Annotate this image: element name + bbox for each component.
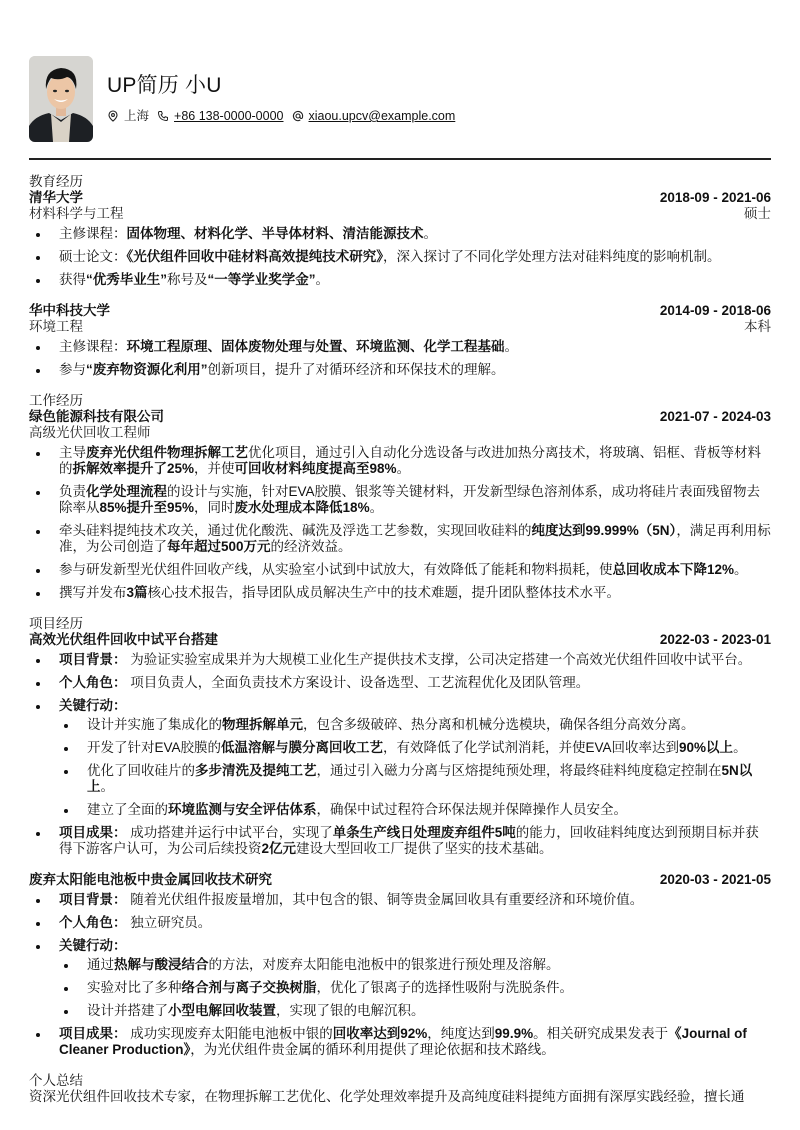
- list-item: 硕士论文：《光伏组件回收中硅材料高效提纯技术研究》，深入探讨了不同化学处理方法对…: [59, 249, 771, 265]
- list-item: 获得“优秀毕业生”称号及“一等学业奖学金”。: [59, 272, 771, 288]
- list-item: 项目成果： 成功搭建并运行中试平台，实现了单条生产线日处理废弃组件5吨的能力，回…: [59, 825, 771, 857]
- list-item: 通过热解与酸浸结合的方法，对废弃太阳能电池板中的银浆进行预处理及溶解。: [87, 957, 771, 973]
- list-item: 开发了针对EVA胶膜的低温溶解与膜分离回收工艺，有效降低了化学试剂消耗，并使EV…: [87, 740, 771, 756]
- work-section: 工作经历 绿色能源科技有限公司 2021-07 - 2024-03 高级光伏回收…: [29, 393, 771, 601]
- education-entry: 清华大学 2018-09 - 2021-06 材料科学与工程 硕士 主修课程：固…: [29, 190, 771, 288]
- list-item: 实验对比了多种络合剂与离子交换树脂，优化了银离子的选择性吸附与洗脱条件。: [87, 980, 771, 996]
- project-bullets: 项目背景： 为验证实验室成果并为大规模工业化生产提供技术支撑，公司决定搭建一个高…: [29, 652, 771, 857]
- project-bullets: 项目背景： 随着光伏组件报废量增加，其中包含的银、铜等贵金属回收具有重要经济和环…: [29, 892, 771, 1058]
- major: 环境工程: [29, 319, 83, 335]
- email-link[interactable]: xiaou.upcv@example.com: [309, 108, 456, 124]
- list-item: 关键行动： 通过热解与酸浸结合的方法，对废弃太阳能电池板中的银浆进行预处理及溶解…: [59, 938, 771, 1019]
- list-item: 主修课程：固体物理、材料化学、半导体材料、清洁能源技术。: [59, 226, 771, 242]
- section-title-projects: 项目经历: [29, 616, 771, 632]
- list-item: 个人角色： 项目负责人，全面负责技术方案设计、设备选型、工艺流程优化及团队管理。: [59, 675, 771, 691]
- list-item: 项目背景： 随着光伏组件报废量增加，其中包含的银、铜等贵金属回收具有重要经济和环…: [59, 892, 771, 908]
- phone-icon: [157, 110, 169, 122]
- list-item: 优化了回收硅片的多步清洗及提纯工艺，通过引入磁力分离与区熔提纯预处理，将最终硅料…: [87, 763, 771, 795]
- key-actions-list: 通过热解与酸浸结合的方法，对废弃太阳能电池板中的银浆进行预处理及溶解。 实验对比…: [59, 957, 771, 1019]
- contact-location: 上海: [107, 108, 149, 124]
- company-name: 绿色能源科技有限公司: [29, 409, 164, 425]
- section-title-work: 工作经历: [29, 393, 771, 409]
- education-entry: 华中科技大学 2014-09 - 2018-06 环境工程 本科 主修课程：环境…: [29, 303, 771, 378]
- section-title-education: 教育经历: [29, 174, 771, 190]
- avatar-portrait-icon: [29, 56, 93, 142]
- school-name: 华中科技大学: [29, 303, 110, 319]
- candidate-name: UP简历 小U: [107, 72, 222, 99]
- education-section: 教育经历 清华大学 2018-09 - 2021-06 材料科学与工程 硕士 主…: [29, 174, 771, 378]
- project-name: 高效光伏组件回收中试平台搭建: [29, 632, 218, 648]
- list-item: 个人角色： 独立研究员。: [59, 915, 771, 931]
- date-range: 2014-09 - 2018-06: [660, 303, 771, 319]
- contact-info: 上海 +86 138-0000-0000 xiaou.upcv@example.…: [107, 108, 463, 124]
- list-item: 撰写并发布3篇核心技术报告，指导团队成员解决生产中的技术难题，提升团队整体技术水…: [59, 585, 771, 601]
- list-item: 主修课程：环境工程原理、固体废物处理与处置、环境监测、化学工程基础。: [59, 339, 771, 355]
- list-item: 项目成果： 成功实现废弃太阳能电池板中银的回收率达到92%，纯度达到99.9%。…: [59, 1026, 771, 1058]
- summary-text: 资深光伏组件回收技术专家，在物理拆解工艺优化、化学处理效率提升及高纯度硅料提纯方…: [29, 1089, 771, 1105]
- list-item: 关键行动： 设计并实施了集成化的物理拆解单元，包含多级破碎、热分离和机械分选模块…: [59, 698, 771, 818]
- date-range: 2020-03 - 2021-05: [660, 872, 771, 888]
- summary-section: 个人总结 资深光伏组件回收技术专家，在物理拆解工艺优化、化学处理效率提升及高纯度…: [29, 1073, 771, 1105]
- resume-header: UP简历 小U 上海 +86 138-0000-0000: [29, 0, 771, 160]
- contact-phone[interactable]: +86 138-0000-0000: [157, 108, 283, 124]
- school-name: 清华大学: [29, 190, 83, 206]
- degree: 硕士: [744, 206, 771, 222]
- date-range: 2021-07 - 2024-03: [660, 409, 771, 425]
- resume-page: UP简历 小U 上海 +86 138-0000-0000: [29, 0, 771, 1105]
- projects-section: 项目经历 高效光伏组件回收中试平台搭建 2022-03 - 2023-01 项目…: [29, 616, 771, 1058]
- education-bullets: 主修课程：固体物理、材料化学、半导体材料、清洁能源技术。 硕士论文：《光伏组件回…: [29, 226, 771, 288]
- header-divider: [29, 158, 771, 160]
- map-pin-icon: [107, 110, 119, 122]
- list-item: 建立了全面的环境监测与安全评估体系，确保中试过程符合环保法规并保障操作人员安全。: [87, 802, 771, 818]
- project-entry: 废弃太阳能电池板中贵金属回收技术研究 2020-03 - 2021-05 项目背…: [29, 872, 771, 1058]
- date-range: 2018-09 - 2021-06: [660, 190, 771, 206]
- phone-link[interactable]: +86 138-0000-0000: [174, 108, 283, 124]
- list-item: 主导废弃光伏组件物理拆解工艺优化项目，通过引入自动化分选设备与改进加热分离技术，…: [59, 445, 771, 477]
- at-sign-icon: [292, 110, 304, 122]
- location-text: 上海: [124, 108, 149, 124]
- list-item: 牵头硅料提纯技术攻关，通过优化酸洗、碱洗及浮选工艺参数，实现回收硅料的纯度达到9…: [59, 523, 771, 555]
- section-title-summary: 个人总结: [29, 1073, 771, 1089]
- list-item: 负责化学处理流程的设计与实施，针对EVA胶膜、银浆等关键材料，开发新型绿色溶剂体…: [59, 484, 771, 516]
- list-item: 设计并搭建了小型电解回收装置，实现了银的电解沉积。: [87, 1003, 771, 1019]
- job-title: 高级光伏回收工程师: [29, 425, 151, 441]
- list-item: 设计并实施了集成化的物理拆解单元，包含多级破碎、热分离和机械分选模块，确保各组分…: [87, 717, 771, 733]
- list-item: 参与研发新型光伏组件回收产线，从实验室小试到中试放大，有效降低了能耗和物料损耗，…: [59, 562, 771, 578]
- list-item: 参与“废弃物资源化利用”创新项目，提升了对循环经济和环保技术的理解。: [59, 362, 771, 378]
- profile-photo: [29, 56, 93, 142]
- key-actions-list: 设计并实施了集成化的物理拆解单元，包含多级破碎、热分离和机械分选模块，确保各组分…: [59, 717, 771, 818]
- contact-email[interactable]: xiaou.upcv@example.com: [292, 108, 456, 124]
- project-name: 废弃太阳能电池板中贵金属回收技术研究: [29, 872, 272, 888]
- education-bullets: 主修课程：环境工程原理、固体废物处理与处置、环境监测、化学工程基础。 参与“废弃…: [29, 339, 771, 378]
- work-bullets: 主导废弃光伏组件物理拆解工艺优化项目，通过引入自动化分选设备与改进加热分离技术，…: [29, 445, 771, 601]
- degree: 本科: [744, 319, 771, 335]
- list-item: 项目背景： 为验证实验室成果并为大规模工业化生产提供技术支撑，公司决定搭建一个高…: [59, 652, 771, 668]
- major: 材料科学与工程: [29, 206, 124, 222]
- date-range: 2022-03 - 2023-01: [660, 632, 771, 648]
- project-entry: 高效光伏组件回收中试平台搭建 2022-03 - 2023-01 项目背景： 为…: [29, 632, 771, 857]
